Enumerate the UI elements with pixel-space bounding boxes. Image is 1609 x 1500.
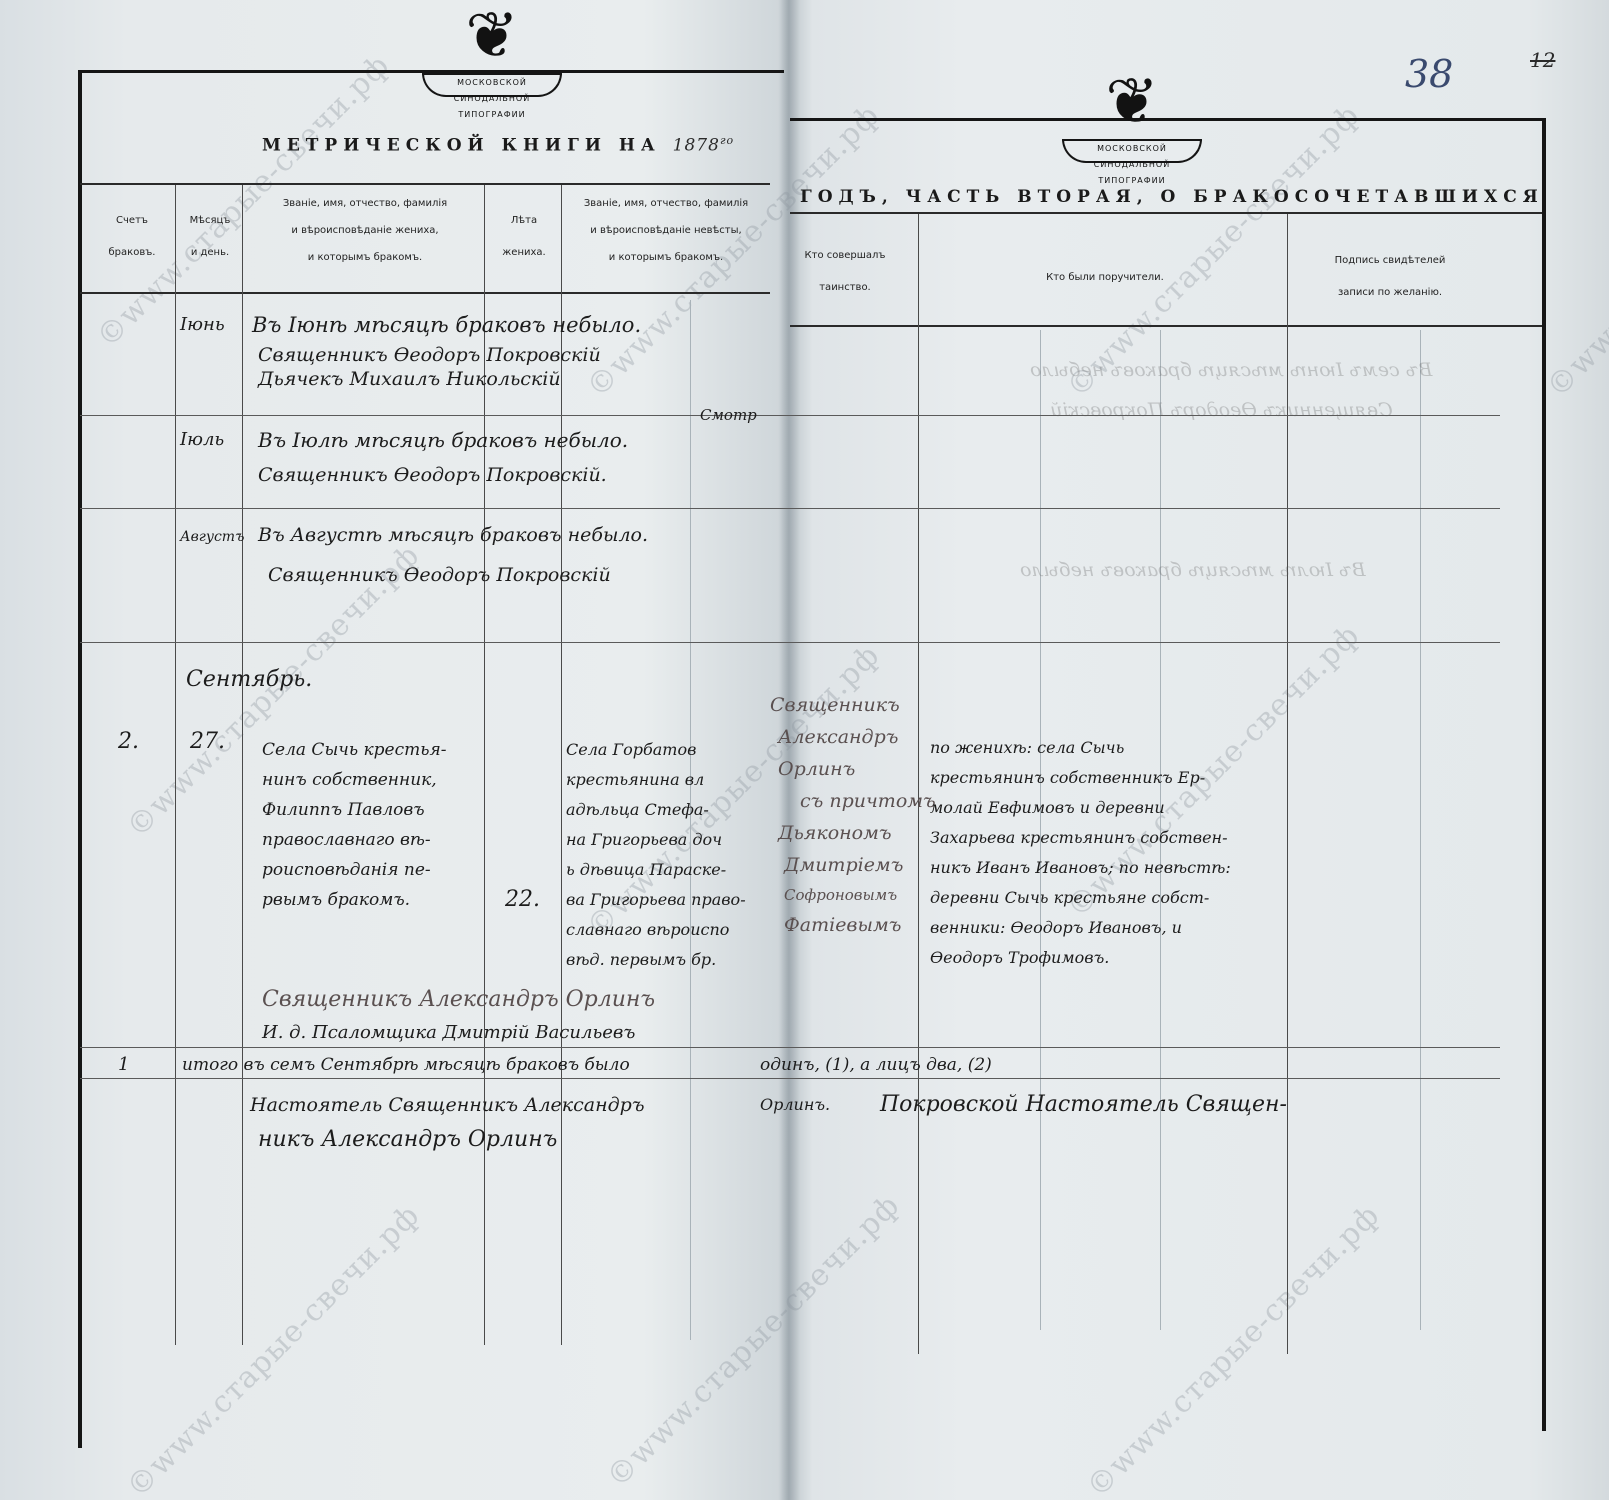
footer-signature: никъ Александръ Орлинъ [258, 1125, 557, 1155]
emblem-ribbon: МОСКОВСКОЙ СИНОДАЛЬНОЙ ТИПОГРАФИИ [422, 73, 562, 97]
row-text: Священникъ Өеодоръ Покровскій. [258, 460, 607, 490]
page-number-blue: 38 [1405, 52, 1453, 96]
emblem-ribbon: МОСКОВСКОЙ СИНОДАЛЬНОЙ ТИПОГРАФИИ [1062, 139, 1202, 163]
summary-count: 1 [118, 1050, 129, 1080]
column-header-month-day: Мѣсяцъи день. [175, 205, 245, 269]
column-divider [242, 185, 243, 1345]
footer-signature: Орлинъ. [760, 1090, 830, 1120]
page-number-old: 12 [1530, 48, 1555, 72]
column-header-groom: Званіе, имя, отчество, фамиліяи вѣроиспо… [250, 190, 480, 271]
column-divider [1420, 330, 1421, 1330]
header-bottom-rule [80, 292, 770, 294]
column-header-bride: Званіе, имя, отчество, фамиліяи вѣроиспо… [566, 190, 766, 271]
column-divider [1287, 214, 1288, 1354]
summary-text: одинъ, (1), а лицъ два, (2) [760, 1050, 992, 1080]
header-top-rule [790, 212, 1542, 214]
header-top-rule [80, 183, 770, 185]
column-divider [175, 185, 176, 1345]
psalmist-signature: И. д. Псаломщика Дмитрій Васильевъ [262, 1018, 635, 1048]
column-header-witness-signatures: Подпись свидѣтелейзаписи по желанію. [1290, 245, 1490, 309]
left-page-title: МЕТРИЧЕСКОЙ КНИГИ НА 1878го [262, 134, 734, 156]
margin-note: Смотр [700, 400, 757, 430]
marriage-count: 2. [118, 727, 139, 757]
marriage-day: 27. [190, 727, 225, 757]
bleed-through-text: Въ семъ Іюнѣ мѣсяцѣ браковъ небыло [1030, 355, 1432, 385]
right-page-title: ГОДЪ, ЧАСТЬ ВТОРАЯ, О БРАКОСОЧЕТАВШИХСЯ [800, 187, 1544, 207]
priest-signature: Священникъ Александръ Орлинъ [262, 985, 655, 1015]
bleed-through-text: Священникъ Өеодоръ Покровскій [1050, 395, 1393, 425]
row-divider [80, 642, 1500, 643]
row-text: Дьячекъ Михаилъ Никольскій [258, 364, 561, 394]
row-month: Сентябрь. [186, 665, 312, 695]
row-text: Въ Іюлѣ мѣсяцѣ браковъ небыло. [258, 425, 628, 455]
year-handwritten: 1878 [673, 136, 720, 156]
footer-signature: Настоятель Священникъ Александръ [250, 1090, 645, 1120]
imperial-eagle-emblem-left: ❦МОСКОВСКОЙ СИНОДАЛЬНОЙ ТИПОГРАФИИ [432, 0, 552, 91]
column-header-sureties: Кто были поручители. [925, 262, 1285, 294]
watermark: ©www.старые-свечи.рф [1540, 98, 1609, 405]
bleed-through-text: Въ Іюлѣ мѣсяцѣ браковъ небыло [1020, 555, 1366, 585]
column-header-groom-age: Лѣтажениха. [488, 205, 560, 269]
row-month: Іюль [180, 425, 224, 455]
row-text: Въ Августѣ мѣсяцѣ браковъ небыло. [258, 520, 648, 550]
row-text: Въ Іюнѣ мѣсяцѣ браковъ небыло. [252, 310, 641, 340]
row-text: Священникъ Өеодоръ Покровскій [268, 560, 611, 590]
row-month: Августъ [180, 522, 244, 552]
column-header-count: Счетъбраковъ. [92, 205, 172, 269]
header-bottom-rule [790, 325, 1542, 327]
row-divider [80, 508, 1500, 509]
summary-text: итого въ семъ Сентябрѣ мѣсяцѣ браковъ бы… [182, 1050, 630, 1080]
column-header-officiant: Кто совершалътаинство. [775, 240, 915, 304]
imperial-eagle-emblem-right: ❦МОСКОВСКОЙ СИНОДАЛЬНОЙ ТИПОГРАФИИ [1072, 62, 1192, 157]
footer-signature: Покровской Настоятель Священ- [880, 1090, 1287, 1120]
row-month: Іюнь [180, 310, 225, 340]
groom-age: 22. [505, 885, 540, 915]
column-divider [918, 214, 919, 1354]
